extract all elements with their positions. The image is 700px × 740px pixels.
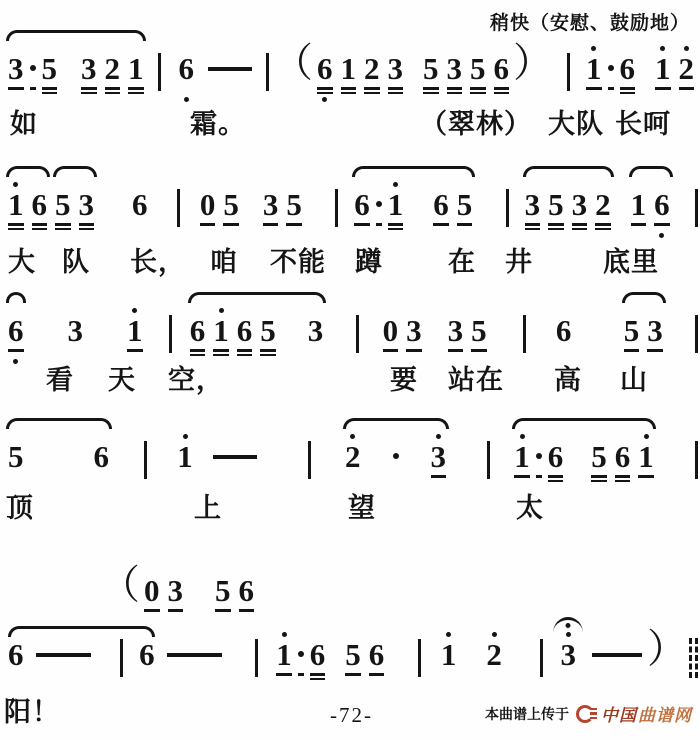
octave-dot-slot xyxy=(684,42,689,51)
duration-underline xyxy=(470,87,486,90)
duration-underline xyxy=(654,223,670,226)
dot-glyph xyxy=(298,651,304,657)
duration-underline xyxy=(647,349,663,352)
spacer xyxy=(172,292,186,293)
slur-arc xyxy=(6,418,112,429)
note-digit: 1 xyxy=(388,187,404,221)
slur-arc xyxy=(6,292,26,303)
note-group: 56 xyxy=(211,552,258,625)
note-digit: 6 xyxy=(132,187,148,221)
octave-dot-slot xyxy=(13,178,18,187)
note-group: 53 xyxy=(620,292,667,365)
note-digit: 3 xyxy=(647,313,663,347)
lyric-word: （翠林） xyxy=(420,102,532,141)
upload-note-text: 本曲谱上传于 xyxy=(485,704,569,724)
augmentation-dot-note xyxy=(374,178,384,239)
note: 3 xyxy=(643,304,667,365)
note-digit xyxy=(393,439,399,473)
lyric-word: 咱 xyxy=(210,240,238,279)
note-digit: 3 xyxy=(81,51,97,85)
underline-slot xyxy=(364,85,380,96)
note-digit: 1 xyxy=(213,313,229,347)
note: 1 xyxy=(124,42,148,103)
note-digit: 1 xyxy=(638,439,654,473)
note-digit: 6 xyxy=(354,187,370,221)
lyric-word: 如 xyxy=(10,102,38,141)
octave-dot-slot xyxy=(282,628,287,637)
note: 1 xyxy=(627,178,651,239)
duration-underline xyxy=(586,87,602,90)
note-digit xyxy=(608,51,614,85)
underline-slot xyxy=(655,85,671,96)
underline-slot xyxy=(139,671,155,682)
barline xyxy=(169,315,172,353)
note-digit: 2 xyxy=(595,187,611,221)
duration-underline xyxy=(128,87,144,90)
duration-underline xyxy=(595,228,611,231)
spacer xyxy=(311,418,341,419)
spacer xyxy=(98,166,128,167)
spacer xyxy=(258,616,272,617)
note-group: 6 xyxy=(4,292,28,365)
slur-arc xyxy=(629,166,673,177)
note-digit: 5 xyxy=(260,313,276,347)
note-group: 23 xyxy=(341,418,450,491)
note-digit: 6 xyxy=(433,187,449,221)
spacer xyxy=(575,292,619,293)
barline xyxy=(695,315,698,353)
underline-slot xyxy=(447,85,463,96)
note: 5 xyxy=(620,304,644,365)
duration-underline xyxy=(8,223,24,226)
dot-glyph xyxy=(376,201,382,207)
underline-slot xyxy=(591,473,607,484)
note-digit: 6 xyxy=(369,637,385,671)
note-digit: 3 xyxy=(572,187,588,221)
note: 1 xyxy=(437,628,461,689)
duration-underline xyxy=(213,354,229,357)
duration-underline xyxy=(8,349,24,352)
duration-underline xyxy=(447,87,463,90)
note: 2 xyxy=(591,178,615,239)
underline-slot xyxy=(8,221,24,232)
underline-slot xyxy=(448,347,464,358)
note-group: 3532 xyxy=(521,166,615,239)
duration-underline xyxy=(608,87,614,90)
note-digit: 5 xyxy=(345,637,361,671)
music-line: 661656123） xyxy=(4,616,698,689)
duration-underline xyxy=(615,475,631,478)
barline xyxy=(335,189,338,227)
note-group: 35 xyxy=(444,292,491,365)
octave-dot-slot xyxy=(660,42,665,51)
spacer xyxy=(198,30,208,31)
spacer xyxy=(180,166,196,167)
lyric-word: 山 xyxy=(620,358,648,397)
underline-slot xyxy=(132,221,148,232)
slur-arc xyxy=(188,292,326,303)
duration-underline xyxy=(548,223,564,226)
barline xyxy=(356,315,359,353)
duration-underline xyxy=(536,475,542,478)
note: 6 xyxy=(306,628,330,689)
duration-dash xyxy=(592,653,642,657)
barline xyxy=(158,53,161,91)
note: 0 xyxy=(379,304,403,365)
underline-slot xyxy=(345,473,361,484)
underline-slot xyxy=(572,221,588,232)
spacer xyxy=(28,292,64,293)
lyric-word: 顶 xyxy=(6,486,34,525)
note-digit: 1 xyxy=(341,51,357,85)
underline-slot xyxy=(79,221,95,232)
underline-slot xyxy=(310,671,326,682)
duration-underline xyxy=(260,349,276,352)
duration-underline xyxy=(572,223,588,226)
note: 5 xyxy=(466,42,490,103)
underline-slot xyxy=(298,671,304,682)
underline-slot xyxy=(470,85,486,96)
slur-arc xyxy=(352,166,475,177)
spacer xyxy=(506,616,540,617)
duration-underline xyxy=(471,349,487,352)
note-digit: 6 xyxy=(556,313,572,347)
augmentation-dot-note xyxy=(606,42,616,103)
note-group: 6 xyxy=(552,292,576,365)
tie-arc xyxy=(8,626,155,637)
spacer xyxy=(187,552,211,553)
octave-dot-slot xyxy=(183,430,188,439)
note-digit: 1 xyxy=(177,439,193,473)
note: 2 xyxy=(675,42,699,103)
augmentation-dot-note xyxy=(391,430,401,491)
lyric-word: 长呵 xyxy=(615,102,671,141)
spacer xyxy=(476,166,505,167)
note: 3 xyxy=(427,430,451,491)
duration-underline xyxy=(317,92,333,95)
duration-underline xyxy=(79,228,95,231)
note-digit: 1 xyxy=(441,637,457,671)
note: 5 xyxy=(587,430,611,491)
duration-underline xyxy=(591,475,607,478)
duration-underline xyxy=(448,349,464,352)
underline-slot xyxy=(548,221,564,232)
duration-underline xyxy=(620,92,636,95)
dot-glyph xyxy=(536,453,542,459)
underline-slot xyxy=(260,347,276,358)
note-group: 56 xyxy=(4,418,113,491)
note-digit: 1 xyxy=(655,51,671,85)
underline-slot xyxy=(345,671,361,682)
spacer xyxy=(642,616,647,617)
note-digit: 5 xyxy=(591,439,607,473)
low-octave-dot xyxy=(659,233,664,238)
duration-underline xyxy=(388,87,404,90)
barline xyxy=(177,189,180,227)
duration-underline xyxy=(388,223,404,226)
note-digit: 6 xyxy=(620,51,636,85)
duration-underline xyxy=(81,92,97,95)
underline-slot xyxy=(548,473,564,484)
note-digit: 3 xyxy=(79,187,95,221)
low-octave-dot-slot xyxy=(659,232,664,239)
note-group: 6165 xyxy=(350,166,476,239)
duration-underline xyxy=(310,678,326,681)
duration-underline xyxy=(423,92,439,95)
lyric-word: 望 xyxy=(348,486,376,525)
note: 6 xyxy=(186,304,210,365)
underline-slot xyxy=(624,347,640,358)
spacer xyxy=(148,30,158,31)
underline-slot xyxy=(179,85,195,96)
note-digit: 5 xyxy=(423,51,439,85)
note-digit: 6 xyxy=(548,439,564,473)
note-digit: 5 xyxy=(223,187,239,221)
spacer xyxy=(543,616,557,617)
spacer xyxy=(252,30,266,31)
underline-slot xyxy=(354,221,370,232)
lyric-word: 阳！ xyxy=(4,690,60,729)
lyric-word: 看 xyxy=(46,358,74,397)
underline-slot xyxy=(68,347,84,358)
duration-underline xyxy=(423,87,439,90)
note-group: 16 xyxy=(272,616,329,689)
duration-underline xyxy=(548,475,564,478)
spacer xyxy=(113,418,144,419)
duration-underline xyxy=(433,223,449,226)
duration-underline xyxy=(494,87,510,90)
note: 6 xyxy=(4,628,28,689)
note: 3 xyxy=(4,42,28,103)
duration-underline xyxy=(655,87,671,90)
note: 5 xyxy=(51,178,75,239)
lyric-line: 看天空，要站在高山 xyxy=(0,358,700,392)
duration-underline xyxy=(42,92,58,95)
note: 5 xyxy=(453,178,477,239)
barline xyxy=(695,441,698,479)
note-group: 1653 xyxy=(4,166,98,239)
note-digit xyxy=(536,439,542,473)
duration-dash xyxy=(167,653,222,657)
note-group: 6 xyxy=(175,30,199,103)
duration-underline xyxy=(55,223,71,226)
underline-slot xyxy=(471,347,487,358)
note: 3 xyxy=(75,178,99,239)
note: 1 xyxy=(123,304,147,365)
note-digit: 3 xyxy=(447,51,463,85)
spacer xyxy=(674,166,695,167)
note-digit: 1 xyxy=(127,313,143,347)
lyric-word: 队 xyxy=(62,240,90,279)
underline-slot xyxy=(55,221,71,232)
note-digit: 6 xyxy=(8,313,24,347)
spacer xyxy=(159,616,167,617)
duration-underline xyxy=(591,480,607,483)
note-group: 03 xyxy=(379,292,426,365)
underline-slot xyxy=(525,221,541,232)
spacer xyxy=(197,418,213,419)
lyric-word: 不能 xyxy=(270,240,326,279)
underline-slot xyxy=(190,347,206,358)
augmentation-dot-note xyxy=(534,430,544,491)
note-digit: 5 xyxy=(470,51,486,85)
octave-dot-slot xyxy=(350,430,355,439)
note-digit: 6 xyxy=(317,51,333,85)
duration-underline xyxy=(341,87,357,90)
duration-underline xyxy=(239,609,255,612)
note-digit: 5 xyxy=(42,51,58,85)
slur-arc xyxy=(6,166,50,177)
note: 1 xyxy=(582,42,606,103)
note: 5 xyxy=(4,430,28,491)
underline-slot xyxy=(620,85,636,96)
duration-underline xyxy=(624,349,640,352)
barline xyxy=(308,441,311,479)
note-digit: 3 xyxy=(406,313,422,347)
music-line: （0356 xyxy=(4,552,698,625)
note-group: 35 xyxy=(259,166,306,239)
note: 3 xyxy=(64,304,88,365)
note: 1 xyxy=(634,430,658,491)
duration-underline xyxy=(298,673,304,676)
slur-arc xyxy=(6,30,146,41)
note: 6 xyxy=(4,304,28,365)
note-digit: 3 xyxy=(263,187,279,221)
note-group: 5356 xyxy=(419,30,513,103)
site-name-secondary: 曲谱网 xyxy=(638,701,692,726)
lyric-word: 要 xyxy=(390,358,418,397)
underline-slot xyxy=(128,85,144,96)
underline-slot xyxy=(433,221,449,232)
note: 6 xyxy=(490,42,514,103)
underline-slot xyxy=(177,473,193,484)
spacer xyxy=(147,292,169,293)
duration-underline xyxy=(457,223,473,226)
underline-slot xyxy=(406,347,422,358)
duration-underline xyxy=(105,92,121,95)
note: 1 xyxy=(651,42,675,103)
note: 6 xyxy=(175,42,199,103)
note-digit: 6 xyxy=(94,439,110,473)
underline-slot xyxy=(263,221,279,232)
music-line: 353216（61235356）1612 xyxy=(4,30,698,103)
note-group: 1 xyxy=(437,616,461,689)
spacer xyxy=(450,418,487,419)
duration-underline xyxy=(215,609,231,612)
note: 3 xyxy=(557,628,581,689)
note-digit: 3 xyxy=(8,51,24,85)
page-number: -72- xyxy=(330,703,373,728)
note-digit: 5 xyxy=(215,573,231,607)
note-digit: 6 xyxy=(179,51,195,85)
note: 6 xyxy=(233,304,257,365)
duration-dash xyxy=(36,653,91,657)
lyric-word: 在 xyxy=(448,240,476,279)
octave-dot-slot xyxy=(520,430,525,439)
note-digit: 0 xyxy=(383,313,399,347)
spacer xyxy=(4,552,100,553)
spacer xyxy=(667,292,695,293)
duration-underline xyxy=(237,349,253,352)
underline-slot xyxy=(8,347,24,358)
sheet-music-page: 稍快（安慰、鼓励地） 353216（61235356）1612如霜。（翠林）大队… xyxy=(0,0,700,740)
note: 3 xyxy=(444,304,468,365)
slur-arc xyxy=(523,166,614,177)
underline-slot xyxy=(486,671,502,682)
note-digit: 3 xyxy=(525,187,541,221)
note: 5 xyxy=(38,42,62,103)
note-digit xyxy=(298,637,304,671)
note-digit: 5 xyxy=(548,187,564,221)
note-digit: 3 xyxy=(68,313,84,347)
note: 5 xyxy=(219,178,243,239)
note: 5 xyxy=(256,304,280,365)
duration-underline xyxy=(260,354,276,357)
spacer xyxy=(329,616,341,617)
spacer xyxy=(152,166,177,167)
music-line: 631616530335653 xyxy=(4,292,698,365)
fermata-icon xyxy=(553,617,583,633)
duration-underline xyxy=(615,480,631,483)
lyric-word: 上 xyxy=(194,486,222,525)
duration-underline xyxy=(276,673,292,676)
duration-underline xyxy=(679,87,695,90)
duration-underline xyxy=(354,223,370,226)
duration-underline xyxy=(369,673,385,676)
barline xyxy=(144,441,147,479)
underline-slot xyxy=(8,85,24,96)
note-digit: 5 xyxy=(8,439,24,473)
duration-underline xyxy=(286,223,302,226)
note-digit: 1 xyxy=(128,51,144,85)
note: 2 xyxy=(360,42,384,103)
lyric-word: 大 xyxy=(8,240,36,279)
note: 3 xyxy=(304,304,328,365)
barline xyxy=(567,53,570,91)
note-digit: 1 xyxy=(631,187,647,221)
upload-credit: 本曲谱上传于 中国 曲谱网 xyxy=(485,701,692,726)
lyric-word: 太 xyxy=(516,486,544,525)
note-digit: 2 xyxy=(679,51,695,85)
note-digit: 0 xyxy=(200,187,216,221)
underline-slot xyxy=(369,671,385,682)
underline-slot xyxy=(388,85,404,96)
duration-underline xyxy=(190,349,206,352)
underline-slot xyxy=(81,85,97,96)
octave-dot-slot xyxy=(492,628,497,637)
note: 6 xyxy=(429,178,453,239)
lyric-word: 蹲 xyxy=(355,240,383,279)
duration-underline xyxy=(32,228,48,231)
note-group: 1 xyxy=(123,292,147,365)
duration-underline xyxy=(364,87,380,90)
slur-arc xyxy=(622,292,666,303)
note: 1 xyxy=(4,178,28,239)
note-digit: 6 xyxy=(32,187,48,221)
underline-slot xyxy=(647,347,663,358)
note-digit: 2 xyxy=(486,637,502,671)
duration-underline xyxy=(595,223,611,226)
barline xyxy=(266,53,269,91)
note-group: 3 xyxy=(64,292,88,365)
duration-underline xyxy=(376,223,382,226)
note-group: 56 xyxy=(341,616,388,689)
barline xyxy=(418,639,421,677)
lyric-word: 霜。 xyxy=(190,102,246,141)
underline-slot xyxy=(200,221,216,232)
note: 6 xyxy=(28,178,52,239)
parenthesis: ） xyxy=(647,629,687,669)
